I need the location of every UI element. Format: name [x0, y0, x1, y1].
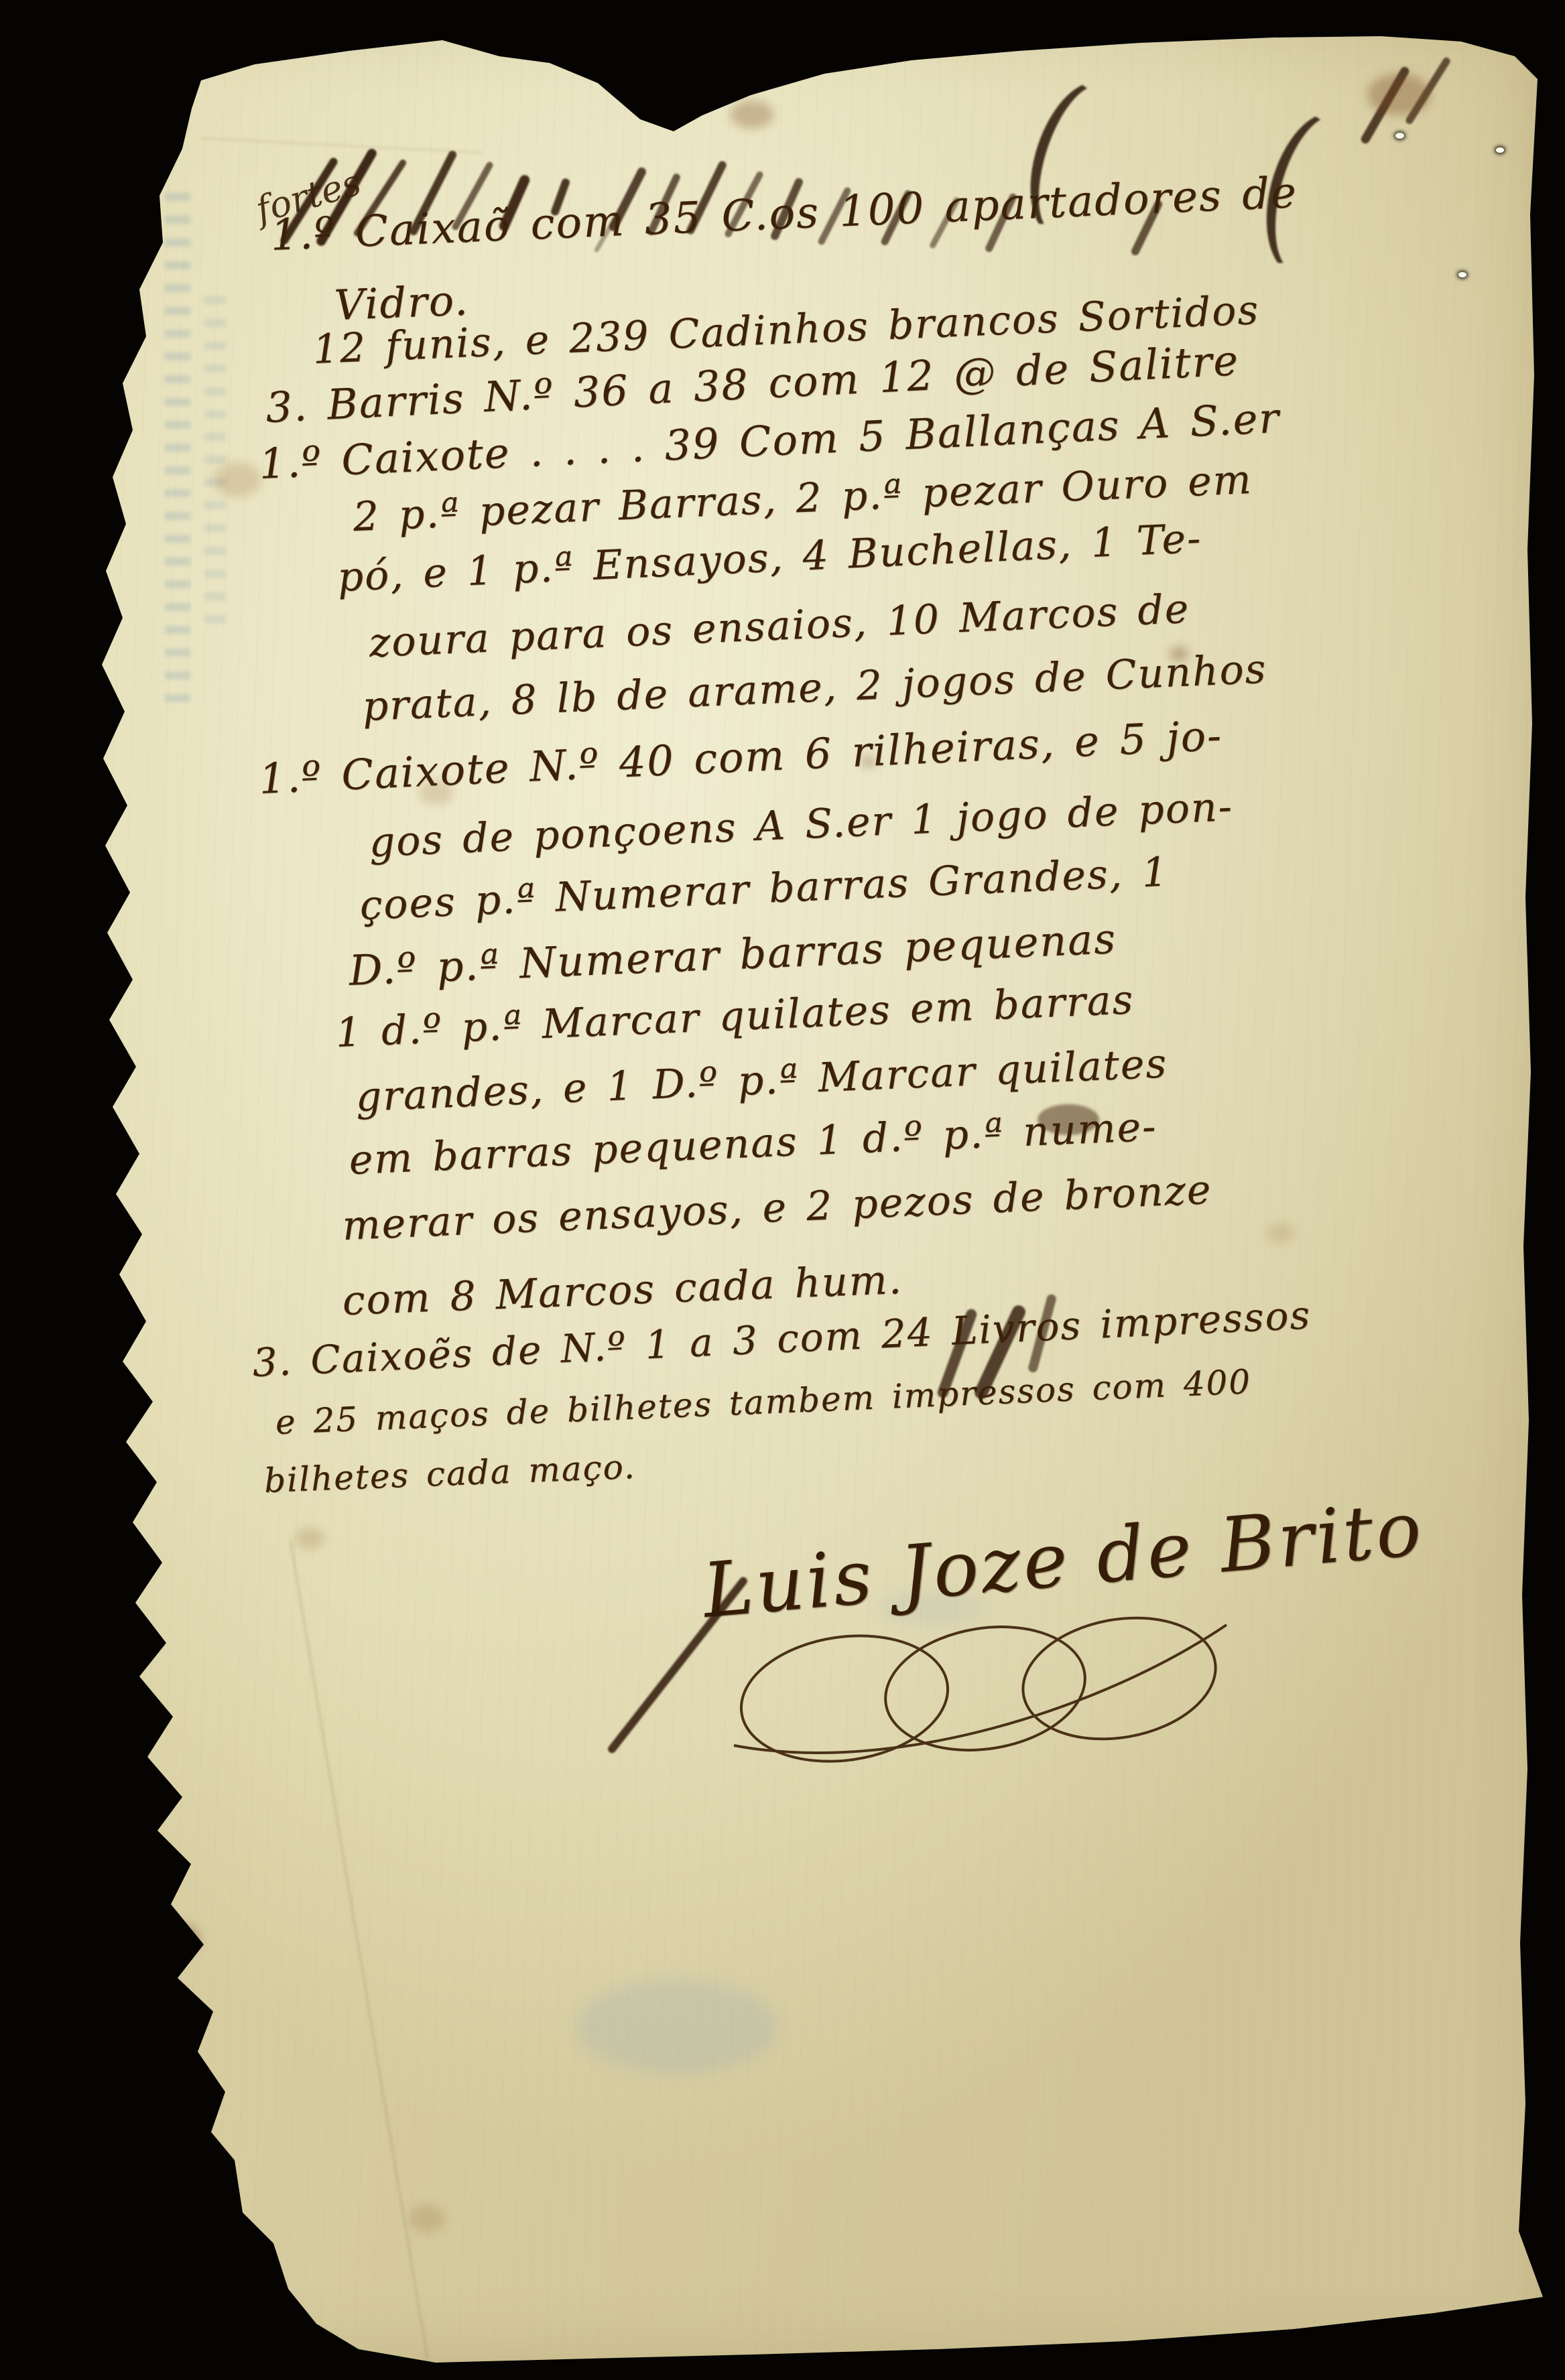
manuscript-line: com 8 Marcos cada hum.: [342, 1260, 903, 1321]
foxing-stain: [213, 462, 261, 497]
manuscript-line: grandes, e 1 D.º p.ª Marcar quilates: [355, 1043, 1168, 1118]
foxing-stain: [731, 101, 773, 129]
foxing-stain: [861, 756, 876, 768]
foxing-stain: [419, 781, 454, 805]
foxing-stain: [1170, 647, 1188, 661]
foxing-stain: [409, 2204, 445, 2233]
wormhole: [142, 1836, 158, 1844]
signature-flourish: [727, 1608, 1263, 1789]
pinhole: [1496, 147, 1504, 153]
foxing-stain: [295, 1528, 324, 1549]
foxing-stain: [158, 1923, 200, 1955]
manuscript-line: em barras pequenas 1 d.º p.ª nume-: [348, 1107, 1157, 1181]
photo-background: fortes 1.º Caixaõ com 35 C.os 100 aparta…: [0, 0, 1565, 2380]
manuscript-line: merar os ensayos, e 2 pezos de bronze: [341, 1170, 1212, 1246]
manuscript-line: zoura para os ensaios, 10 Marcos de: [368, 589, 1190, 663]
wormhole: [137, 1812, 162, 1826]
manuscript-line: 1.º Caixaõ com 35 C.os 100 apartadores d…: [269, 172, 1298, 257]
wormhole: [124, 1776, 139, 1784]
pinhole: [1458, 272, 1466, 277]
archive-stamp-column: [204, 281, 226, 630]
pinhole: [1395, 133, 1404, 139]
foxing-stain: [1267, 1223, 1295, 1243]
manuscript-line: Vidro.: [334, 279, 470, 326]
archive-stamp-column: [165, 180, 190, 709]
blue-ink-smudge: [576, 1980, 777, 2074]
foxing-stain: [1367, 74, 1431, 115]
manuscript-page: fortes 1.º Caixaõ com 35 C.os 100 aparta…: [0, 0, 1565, 2380]
paper-crease: [290, 1541, 429, 2361]
manuscript-line: çoes p.ª Numerar barras Grandes, 1: [359, 852, 1170, 926]
paper-crease: [201, 137, 483, 153]
manuscript-line: 1 d.º p.ª Marcar quilates em barras: [334, 980, 1135, 1053]
manuscript-line: bilhetes cada maço.: [263, 1450, 636, 1498]
manuscript-line: D.º p.ª Numerar barras pequenas: [348, 918, 1117, 992]
